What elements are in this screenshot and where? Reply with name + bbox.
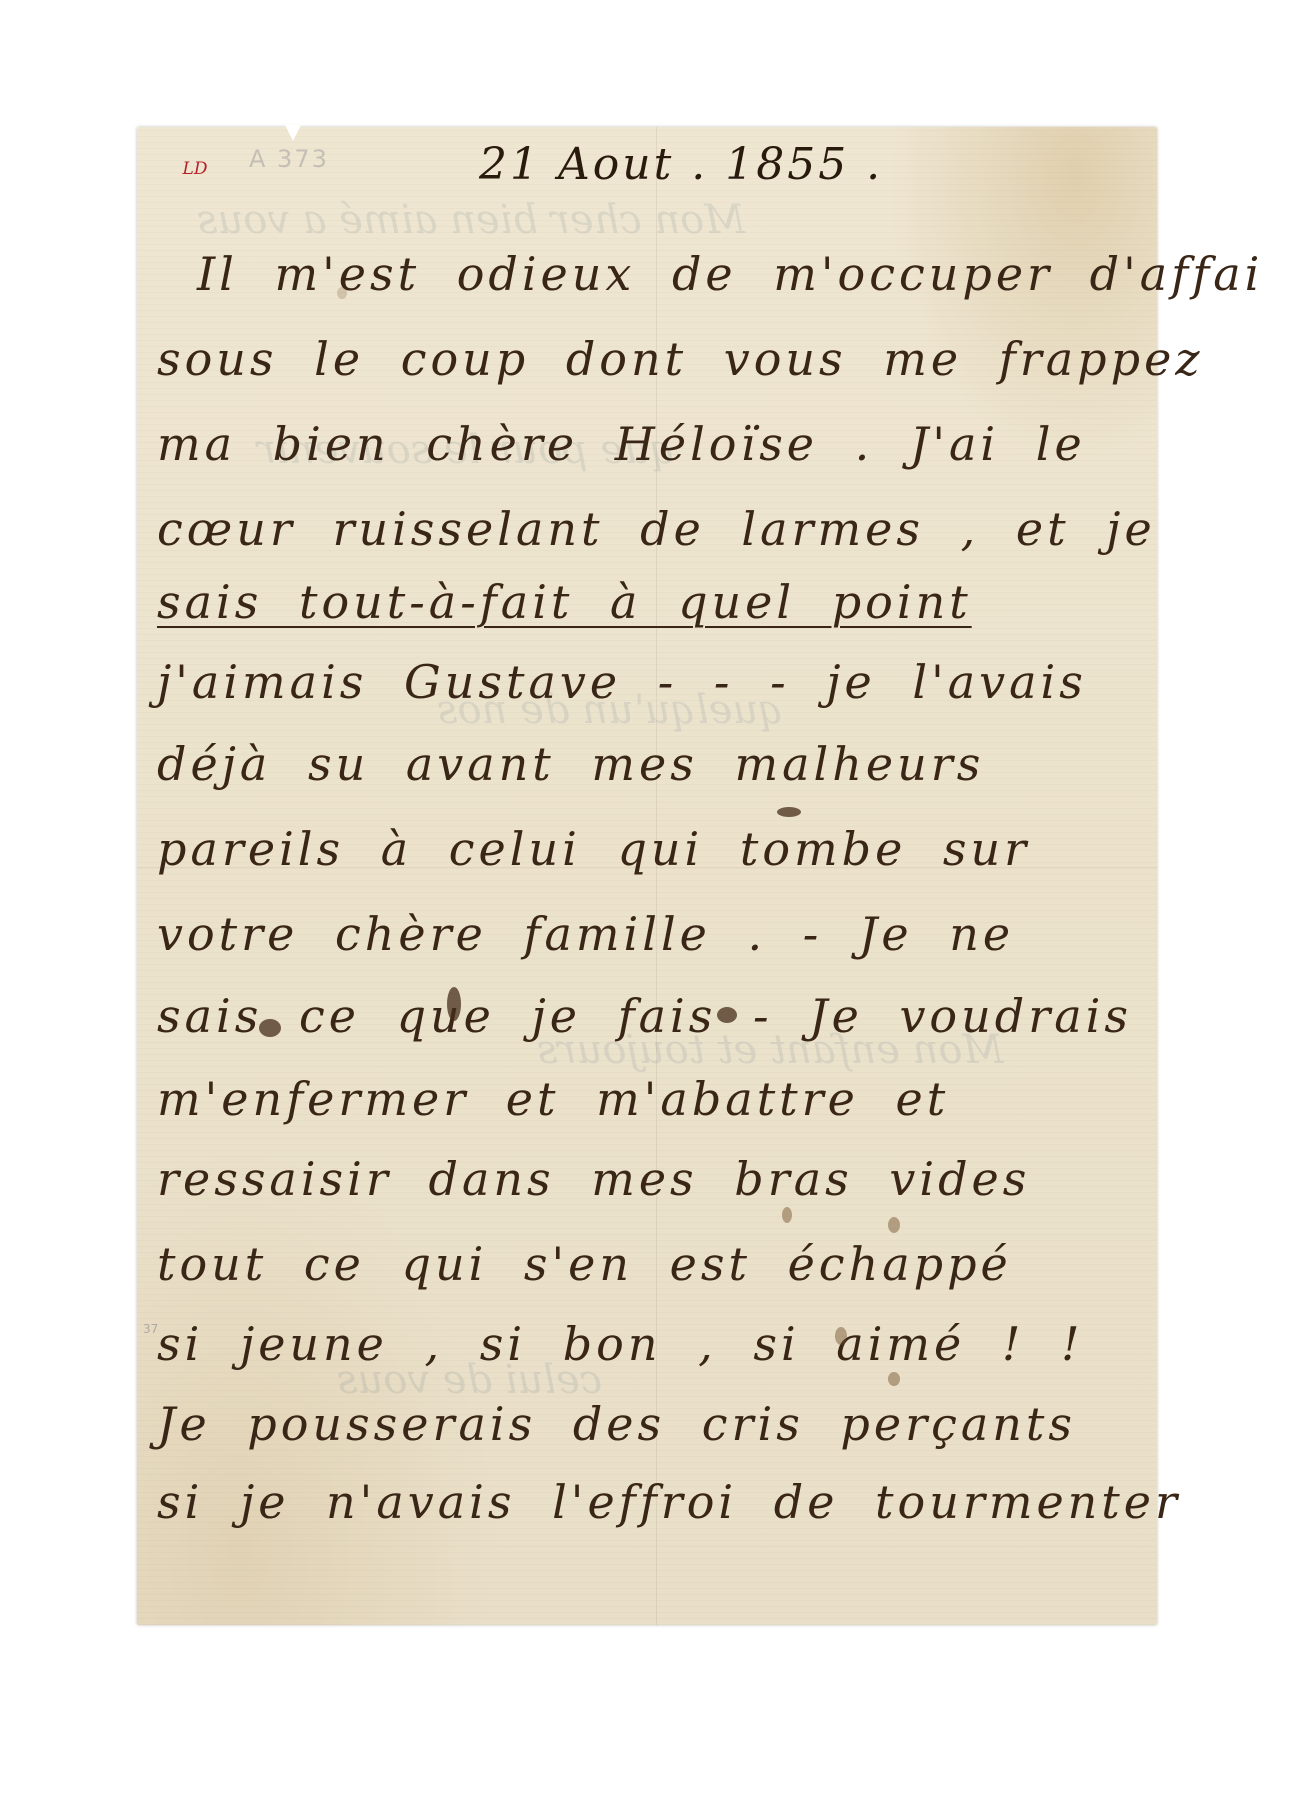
- letter-sheet: Mon cher bien aimé a vous que pour le so…: [137, 127, 1157, 1625]
- ink-stain: [888, 1217, 900, 1233]
- letter-line-3: ma bien chère Héloïse . J'ai le: [157, 417, 1086, 471]
- margin-number: 37: [143, 1322, 158, 1336]
- letter-line-14: si jeune , si bon , si aimé ! !: [157, 1317, 1083, 1371]
- letter-line-15: Je pousserais des cris perçants: [157, 1397, 1076, 1451]
- ink-stain: [337, 287, 347, 299]
- letter-date: 21 Aout . 1855 .: [479, 139, 883, 190]
- letter-line-7: déjà su avant mes malheurs: [157, 737, 984, 791]
- letter-line-9: votre chère famille . - Je ne: [157, 907, 1014, 961]
- letter-line-11: m'enfermer et m'abattre et: [157, 1072, 949, 1126]
- ink-blot: [777, 807, 801, 817]
- pencil-reference: A 373: [249, 145, 329, 173]
- letter-line-10: sais ce que je fais - Je voudrais: [157, 989, 1132, 1043]
- ink-stain: [782, 1207, 792, 1223]
- ink-stain: [888, 1372, 900, 1386]
- collector-stamp: LD: [177, 154, 213, 185]
- ink-blot: [717, 1007, 737, 1023]
- letter-line-8: pareils à celui qui tombe sur: [157, 822, 1030, 876]
- paper-notch: [285, 125, 301, 141]
- letter-line-2: sous le coup dont vous me frappez: [157, 332, 1204, 386]
- letter-line-12: ressaisir dans mes bras vides: [157, 1152, 1030, 1206]
- bleed-through-text: Mon cher bien aimé a vous: [197, 197, 745, 243]
- letter-line-5: sais tout-à-fait à quel point: [157, 575, 972, 629]
- ink-stain: [835, 1327, 847, 1345]
- letter-line-1: Il m'est odieux de m'occuper d'affai: [197, 247, 1263, 301]
- ink-blot: [259, 1019, 281, 1037]
- letter-line-6: j'aimais Gustave - - - je l'avais: [157, 655, 1087, 709]
- letter-line-16: si je n'avais l'effroi de tourmenter: [157, 1475, 1181, 1529]
- ink-blot: [447, 987, 461, 1021]
- letter-line-4: cœur ruisselant de larmes , et je: [157, 502, 1156, 556]
- letter-line-13: tout ce qui s'en est échappé: [157, 1237, 1012, 1291]
